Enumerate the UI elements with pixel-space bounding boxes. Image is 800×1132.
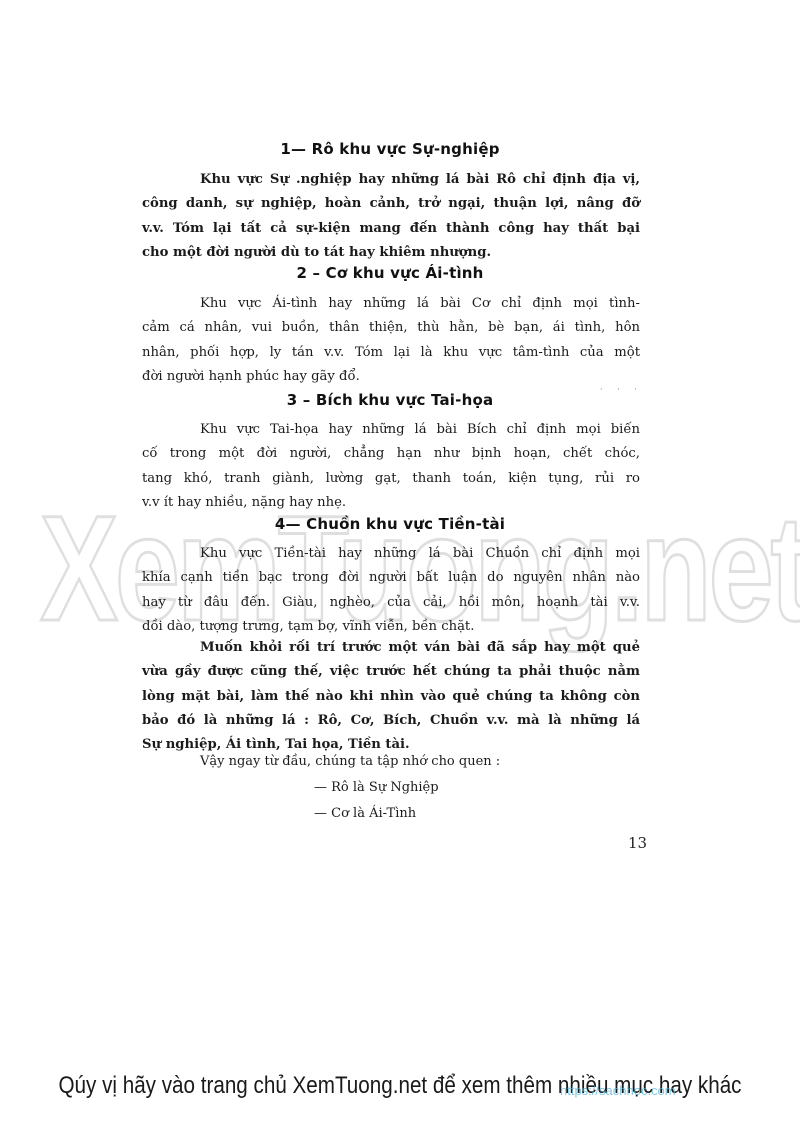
paragraph-line: Khu vực Tai-họa hay những lá bài Bích ch… — [200, 422, 640, 437]
memo-item-1: — Rô là Sự Nghiệp — [314, 780, 439, 795]
paragraph-line: cảm cá nhân, vui buồn, thân thiện, thù h… — [142, 316, 640, 340]
memo-item-2: — Cơ là Ái-Tình — [314, 806, 416, 821]
paragraph-line: tang khó, tranh giành, lường gạt, thanh … — [142, 467, 640, 491]
summary-paragraph: Muốn khỏi rối trí trước một ván bài đã s… — [142, 636, 640, 757]
page-number: 13 — [628, 834, 647, 852]
paragraph-line: công danh, sự nghiệp, hoàn cảnh, trở ngạ… — [142, 192, 640, 216]
book-page: XemTuong.net 1— Rô khu vực Sự-nghiệp Khu… — [0, 0, 800, 1132]
section-paragraph-3: Khu vực Tai-họa hay những lá bài Bích ch… — [142, 418, 640, 515]
paragraph-line: v.v ít hay nhiều, nặng hay nhẹ. — [142, 491, 640, 515]
section-heading-1: 1— Rô khu vực Sự-nghiệp — [140, 140, 640, 158]
paragraph-line: v.v. Tóm lại tất cả sự-kiện mang đến thà… — [142, 217, 640, 241]
section-paragraph-2: Khu vực Ái-tình hay những lá bài Cơ chỉ … — [142, 292, 640, 389]
paragraph-line: Khu vực Ái-tình hay những lá bài Cơ chỉ … — [200, 296, 640, 311]
section-heading-2: 2 – Cơ khu vực Ái-tình — [140, 264, 640, 282]
paragraph-line: lòng mặt bài, làm thế nào khi nhìn vào q… — [142, 685, 640, 709]
overlay-url-link[interactable]: https://sachhoc.com — [560, 1083, 676, 1098]
section-heading-4: 4— Chuồn khu vực Tiền-tài — [140, 515, 640, 533]
paragraph-line: Khu vực Sự .nghiệp hay những lá bài Rô c… — [200, 172, 640, 187]
paragraph-line: cho một đời người dù to tát hay khiêm nh… — [142, 241, 640, 265]
paragraph-line: vừa gầy được cũng thế, việc trước hết ch… — [142, 660, 640, 684]
paragraph-line: Muốn khỏi rối trí trước một ván bài đã s… — [200, 640, 640, 655]
section-paragraph-1: Khu vực Sự .nghiệp hay những lá bài Rô c… — [142, 168, 640, 265]
memo-intro: Vậy ngay từ đầu, chúng ta tập nhớ cho qu… — [200, 754, 500, 769]
paragraph-line: cố trong một đời người, chẳng hạn như bị… — [142, 442, 640, 466]
paragraph-line: nhân, phối hợp, ly tán v.v. Tóm lại là k… — [142, 341, 640, 365]
paragraph-line: đời người hạnh phúc hay gãy đổ. — [142, 365, 640, 389]
section-heading-3: 3 – Bích khu vực Tai-họa — [140, 391, 640, 409]
paragraph-line: hay từ đâu đến. Giàu, nghèo, của cải, hồ… — [142, 591, 640, 615]
paragraph-line: khía cạnh tiền bạc trong đời người bất l… — [142, 566, 640, 590]
section-paragraph-4: Khu vực Tiền-tài hay những lá bài Chuồn … — [142, 542, 640, 639]
paragraph-line: bảo đó là những lá : Rô, Cơ, Bích, Chuồn… — [142, 709, 640, 733]
paragraph-line: Khu vực Tiền-tài hay những lá bài Chuồn … — [200, 546, 640, 561]
